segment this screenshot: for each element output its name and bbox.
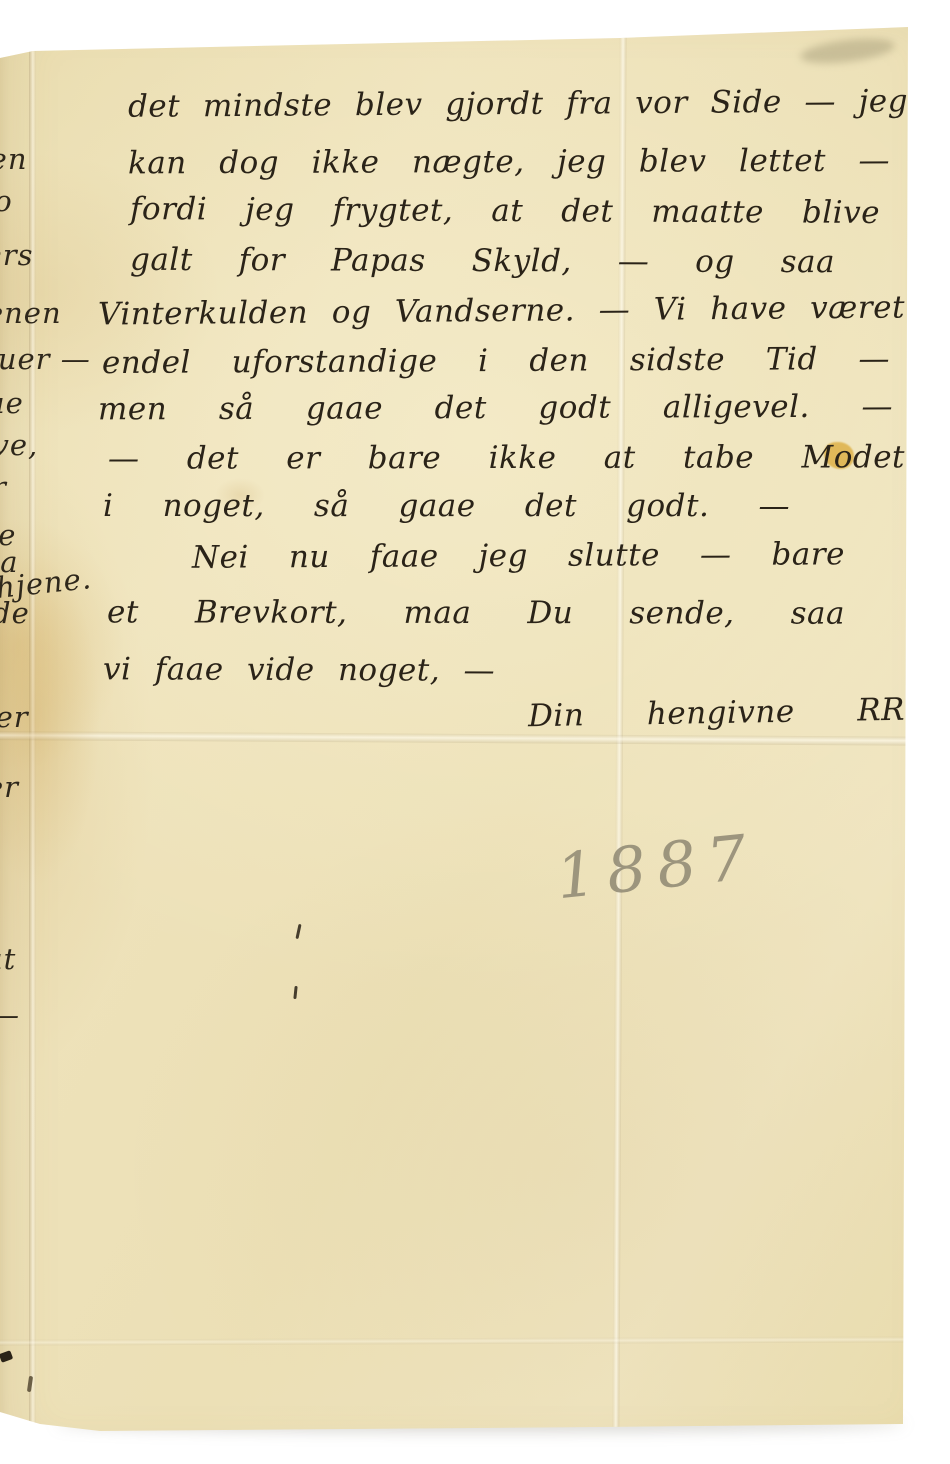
letter-line: men så gaae det godt alligevel. — xyxy=(98,388,893,430)
letter-line: i noget, så gaae det godt. — xyxy=(103,487,790,526)
ink-speck xyxy=(295,924,301,939)
page-fragment: hen xyxy=(0,142,28,176)
ink-bleed-through-smudge xyxy=(799,34,896,67)
letter-page: l hen lo llers anenen neuer — ue ove, r … xyxy=(0,0,950,1464)
page-fragment: ut xyxy=(0,942,16,976)
signature-line: Din hengivne RR xyxy=(528,691,906,736)
letter-line: — det er bare ikke at tabe Modet xyxy=(108,438,905,478)
letter-line: det mindste blev gjordt fra vor Side — j… xyxy=(128,82,908,126)
page-fragment: ove, xyxy=(0,428,38,462)
page-fragment: er xyxy=(0,770,19,804)
letter-line: endel uforstandige i den sidste Tid — xyxy=(102,340,890,383)
letter-line: fordi jeg frygtet, at det maatte blive xyxy=(130,190,880,233)
letter-line: kan dog ikke nægte, jeg blev lettet — xyxy=(128,142,890,183)
letter-line: et Brevkort, maa Du sende, saa xyxy=(107,593,845,633)
fold-crease-horizontal xyxy=(0,731,950,746)
letter-line: vi faae vide noget, — xyxy=(103,650,495,690)
fold-crease-horizontal-lower xyxy=(0,1336,950,1345)
letter-line: Vinterkulden og Vandserne. — Vi have vær… xyxy=(98,288,905,334)
page-fragment: neuer — xyxy=(0,342,91,376)
page-fragment: r xyxy=(0,470,7,504)
page-fragment: de xyxy=(0,596,30,630)
ink-speck xyxy=(293,986,297,999)
page-fragment: — xyxy=(0,998,20,1032)
letter-line: galt for Papas Skyld, — og saa xyxy=(130,241,835,282)
letter-line: Nei nu faae jeg slutte — bare xyxy=(192,535,845,577)
pencil-year-annotation: 1887 xyxy=(553,820,761,914)
page-fragment: llers xyxy=(0,238,33,272)
ink-speck xyxy=(0,1350,13,1363)
page-fragment: ber xyxy=(0,700,29,734)
page-fragment: ue xyxy=(0,386,24,420)
page-fragment: anenen xyxy=(0,296,62,330)
page-fragment: lo xyxy=(0,184,13,218)
